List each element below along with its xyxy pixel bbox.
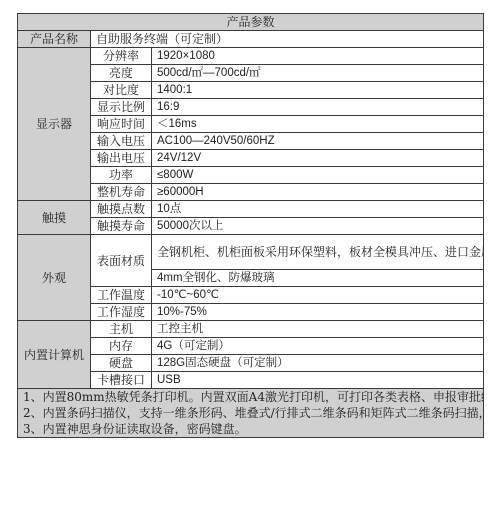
row-label: 主机 xyxy=(91,321,152,338)
section-appearance: 外观 xyxy=(18,235,91,321)
row-value: 10点 xyxy=(152,201,484,218)
row-value: -10℃~60℃ xyxy=(152,287,484,304)
row-label: 功率 xyxy=(91,167,152,184)
product-name-value: 自助服务终端（可定制） xyxy=(91,31,484,48)
row-value: 工控主机 xyxy=(152,321,484,338)
row-label: 卡槽接口 xyxy=(91,372,152,389)
note-item: 2、内置条码扫描仪，支持一维条形码、堆叠式/行排式二维条码和矩阵式二维条码扫描，… xyxy=(23,405,478,421)
row-label: 工作温度 xyxy=(91,287,152,304)
product-spec-table: 产品参数 产品名称 自助服务终端（可定制） 显示器 分辨率 1920×1080 … xyxy=(17,13,484,438)
section-display: 显示器 xyxy=(18,48,91,201)
row-value: 全钢机柜、机柜面板采用环保塑料，板材全模具冲压、进口金属烤漆、防绣、防磁、防静电… xyxy=(152,235,484,270)
row-label: 显示比例 xyxy=(91,99,152,116)
product-name-label: 产品名称 xyxy=(18,31,91,48)
note-item: 1、内置80mm热敏凭条打印机。内置双面A4激光打印机，可打印各类表格、申报审批… xyxy=(23,389,478,405)
notes-cell: 1、内置80mm热敏凭条打印机。内置双面A4激光打印机，可打印各类表格、申报审批… xyxy=(18,389,484,438)
row-value: 128G固态硬盘（可定制） xyxy=(152,355,484,372)
row-label: 输入电压 xyxy=(91,133,152,150)
row-value: 4G（可定制） xyxy=(152,338,484,355)
row-value: 50000次以上 xyxy=(152,218,484,235)
row-label: 分辨率 xyxy=(91,48,152,65)
row-value: USB xyxy=(152,372,484,389)
table-title: 产品参数 xyxy=(18,14,484,31)
row-value: 16:9 xyxy=(152,99,484,116)
row-value: ＜16ms xyxy=(152,116,484,133)
row-value: 1400:1 xyxy=(152,82,484,99)
row-value-secondary: 4mm全钢化、防爆玻璃 xyxy=(152,270,484,287)
row-value: ≤800W xyxy=(152,167,484,184)
row-value: 500cd/㎡—700cd/㎡ xyxy=(152,65,484,82)
row-value: ≥60000H xyxy=(152,184,484,201)
row-value: AC100—240V50/60HZ xyxy=(152,133,484,150)
row-label: 亮度 xyxy=(91,65,152,82)
section-computer: 内置计算机 xyxy=(18,321,91,389)
row-label: 响应时间 xyxy=(91,116,152,133)
section-touch: 触摸 xyxy=(18,201,91,235)
row-label: 输出电压 xyxy=(91,150,152,167)
row-label: 触摸寿命 xyxy=(91,218,152,235)
row-label: 表面材质 xyxy=(91,235,152,287)
row-label: 整机寿命 xyxy=(91,184,152,201)
row-value: 24V/12V xyxy=(152,150,484,167)
row-label: 内存 xyxy=(91,338,152,355)
row-label: 工作湿度 xyxy=(91,304,152,321)
note-item: 3、内置神思身份证读取设备，密码键盘。 xyxy=(23,421,478,437)
row-label: 硬盘 xyxy=(91,355,152,372)
row-value: 1920×1080 xyxy=(152,48,484,65)
row-value: 10%-75% xyxy=(152,304,484,321)
row-label: 触摸点数 xyxy=(91,201,152,218)
row-label: 对比度 xyxy=(91,82,152,99)
